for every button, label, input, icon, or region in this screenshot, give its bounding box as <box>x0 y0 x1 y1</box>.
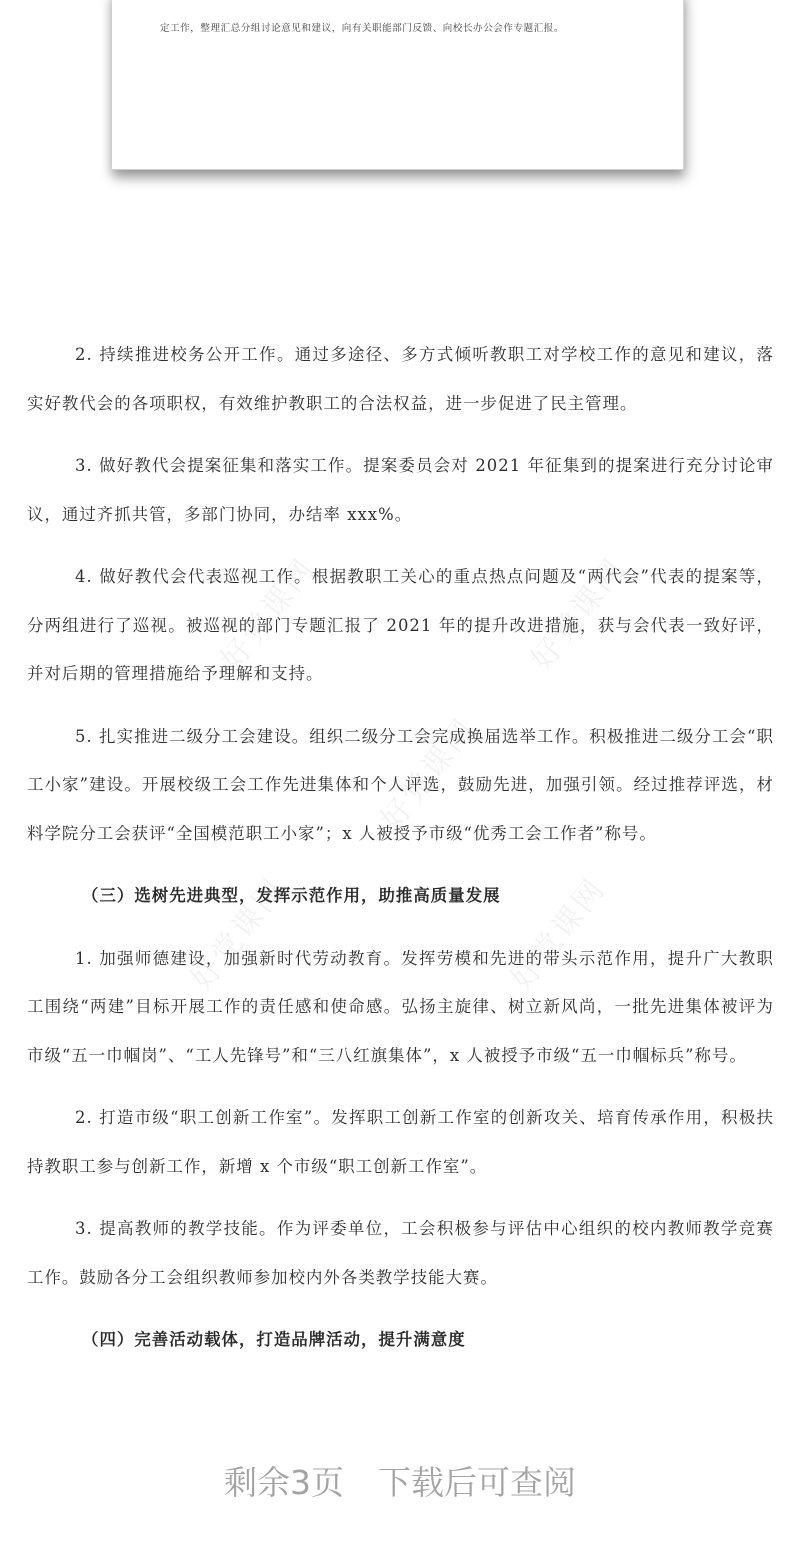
paragraph-item-5-sub-unions: 5. 扎实推进二级分工会建设。组织二级分工会完成换届选举工作。积极推进二级分工会… <box>27 713 774 859</box>
remaining-pages-label: 剩余3页 <box>224 1463 344 1502</box>
section-heading-4: （四）完善活动载体，打造品牌活动，提升满意度 <box>27 1316 774 1365</box>
paragraph-item-3-proposals: 3. 做好教代会提案征集和落实工作。提案委员会对 2021 年征集到的提案进行充… <box>27 442 774 539</box>
download-action-label[interactable]: 下载后可查阅 <box>378 1463 576 1502</box>
paragraph-teaching-skills: 3. 提高教师的教学技能。作为评委单位，工会积极参与评估中心组织的校内教师教学竞… <box>27 1205 774 1302</box>
paragraph-innovation-studio: 2. 打造市级“职工创新工作室”。发挥职工创新工作室的创新攻关、培育传承作用，积… <box>27 1094 774 1191</box>
preview-page-card: 定工作，整理汇总分组讨论意见和建议，向有关职能部门反馈、向校长办公会作专题汇报。 <box>112 0 684 170</box>
document-body: 2. 持续推进校务公开工作。通过多途径、多方式倾听教职工对学校工作的意见和建议，… <box>27 331 774 1365</box>
paragraph-item-4-inspection: 4. 做好教代会代表巡视工作。根据教职工关心的重点热点问题及“两代会”代表的提案… <box>27 553 774 699</box>
preview-text-line: 定工作，整理汇总分组讨论意见和建议，向有关职能部门反馈、向校长办公会作专题汇报。 <box>160 20 564 34</box>
download-to-read-prompt[interactable]: 剩余3页下载后可查阅 <box>0 1457 800 1504</box>
section-heading-3: （三）选树先进典型，发挥示范作用，助推高质量发展 <box>27 872 774 921</box>
paragraph-teacher-ethics: 1. 加强师德建设，加强新时代劳动教育。发挥劳模和先进的带头示范作用，提升广大教… <box>27 935 774 1081</box>
paragraph-item-2-campus-affairs: 2. 持续推进校务公开工作。通过多途径、多方式倾听教职工对学校工作的意见和建议，… <box>27 331 774 428</box>
